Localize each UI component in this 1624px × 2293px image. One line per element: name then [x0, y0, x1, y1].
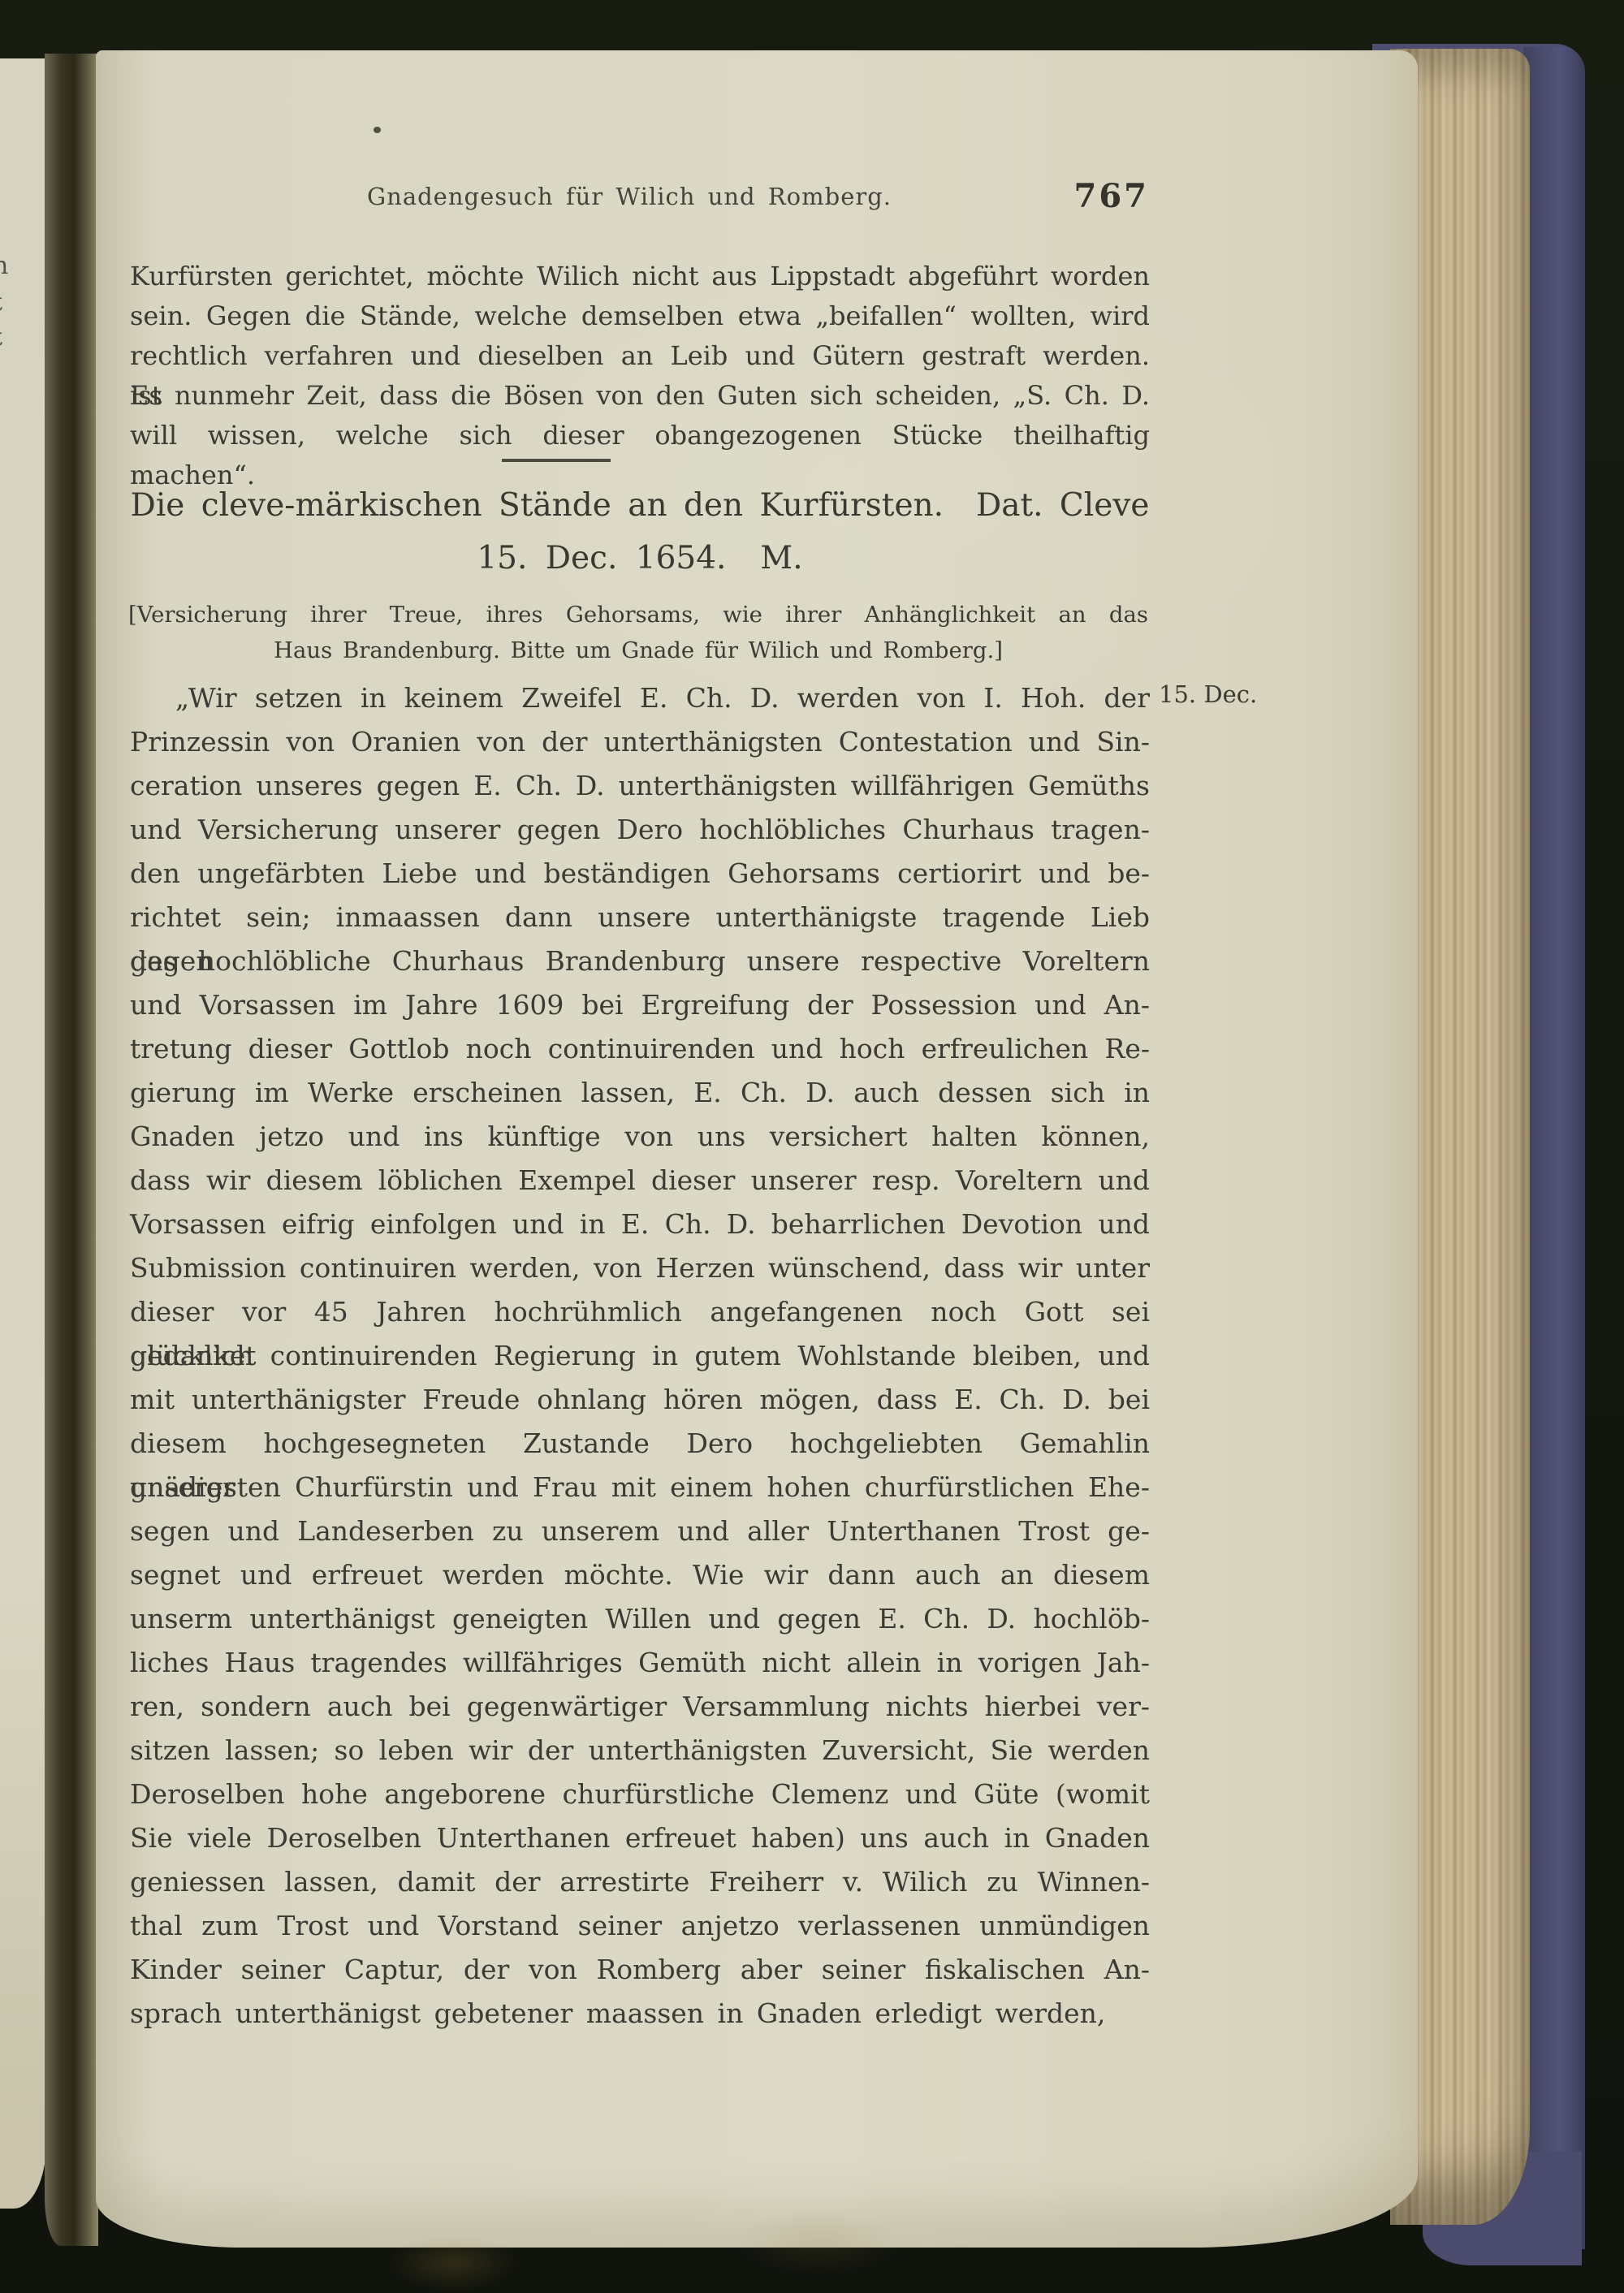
book-scan: n t t . , Gnadengesuch für Wilich und Ro… [0, 0, 1624, 2293]
text-line: tretung dieser Gottlob noch continuirend… [130, 1027, 1150, 1071]
page-number: 767 [1007, 177, 1149, 215]
text-line: diesem hochgesegneten Zustande Dero hoch… [130, 1422, 1150, 1466]
text-line: Kinder seiner Captur, der von Romberg ab… [130, 1948, 1150, 1992]
text-line: richtet sein; inmaassen dann unsere unte… [130, 896, 1150, 939]
facing-page-text-fragment: t [0, 288, 22, 317]
margin-date-note: 15. Dec. [1159, 680, 1281, 708]
facing-page-sliver: n t t . , [0, 58, 46, 2209]
facing-page-text-fragment: n [0, 252, 22, 280]
facing-page-text-fragment: t [0, 323, 22, 352]
text-line: glücklich continuirenden Regierung in gu… [130, 1334, 1150, 1378]
text-line: segnet und erfreuet werden möchte. Wie w… [130, 1553, 1150, 1597]
text-line: thal zum Trost und Vorstand seiner anjet… [130, 1904, 1150, 1948]
text-line: Prinzessin von Oranien von der unterthän… [130, 720, 1150, 764]
text-line: den ungefärbten Liebe und beständigen Ge… [130, 852, 1150, 896]
text-line: sprach unterthänigst gebetener maassen i… [130, 1992, 1150, 2036]
document-body: „Wir setzen in keinem Zweifel E. Ch. D. … [130, 676, 1150, 2036]
text-line: und Versicherung unserer gegen Dero hoch… [130, 808, 1150, 852]
text-line: Deroselben hohe angeborene churfürstlich… [130, 1773, 1150, 1816]
text-line: unserm unterthänigst geneigten Willen un… [130, 1597, 1150, 1641]
binding-cloth-right [1523, 47, 1585, 2249]
section-divider-rule [502, 459, 611, 462]
text-line: gnädigsten Churfürstin und Frau mit eine… [130, 1466, 1150, 1509]
text-line: Submission continuiren werden, von Herze… [130, 1246, 1150, 1290]
text-line: das hochlöbliche Churhaus Brandenburg un… [130, 939, 1150, 983]
document-heading-line2: 15. Dec. 1654. M. [122, 540, 1158, 576]
text-line: [Versicherung ihrer Treue, ihres Gehorsa… [128, 597, 1148, 633]
text-line: ceration unseres gegen E. Ch. D. unterth… [130, 764, 1150, 808]
text-line: segen und Landeserben zu unserem und all… [130, 1509, 1150, 1553]
text-line: liches Haus tragendes willfähriges Gemüt… [130, 1641, 1150, 1685]
paper-stain [737, 2210, 900, 2275]
text-line: ist nunmehr Zeit, dass die Bösen von den… [130, 376, 1150, 416]
text-line: rechtlich verfahren und dieselben an Lei… [130, 336, 1150, 376]
previous-document-closing-paragraph: Kurfürsten gerichtet, möchte Wilich nich… [130, 257, 1150, 456]
text-line: sein. Gegen die Stände, welche demselben… [130, 296, 1150, 336]
text-line: Sie viele Deroselben Unterthanen erfreue… [130, 1816, 1150, 1860]
text-line: sitzen lassen; so leben wir der unterthä… [130, 1729, 1150, 1773]
document-heading-line1: Die cleve-märkischen Stände an den Kurfü… [122, 487, 1158, 524]
ink-speck [374, 127, 381, 133]
paper-stain [388, 2235, 518, 2291]
text-line: Kurfürsten gerichtet, möchte Wilich nich… [130, 257, 1150, 296]
text-line: und Vorsassen im Jahre 1609 bei Ergreifu… [130, 983, 1150, 1027]
text-line: gierung im Werke erscheinen lassen, E. C… [130, 1071, 1150, 1115]
text-line: dass wir diesem löblichen Exempel dieser… [130, 1159, 1150, 1203]
text-line: dieser vor 45 Jahren hochrühmlich angefa… [130, 1290, 1150, 1334]
text-line: ren, sondern auch bei gegenwärtiger Vers… [130, 1685, 1150, 1729]
facing-page-text-fragment: . [0, 887, 22, 915]
text-line: Gnaden jetzo und ins künftige von uns ve… [130, 1115, 1150, 1159]
facing-page-text-fragment: , [0, 1234, 22, 1263]
text-line: mit unterthänigster Freude ohnlang hören… [130, 1378, 1150, 1422]
text-line: will wissen, welche sich dieser obangezo… [130, 416, 1150, 456]
text-line: geniessen lassen, damit der arrestirte F… [130, 1860, 1150, 1904]
text-line: „Wir setzen in keinem Zweifel E. Ch. D. … [130, 676, 1150, 720]
gutter-shadow [45, 54, 98, 2246]
text-line: Vorsassen eifrig einfolgen und in E. Ch.… [130, 1203, 1150, 1246]
running-head: Gnadengesuch für Wilich und Romberg. [244, 183, 1015, 210]
editorial-summary: [Versicherung ihrer Treue, ihres Gehorsa… [128, 597, 1148, 668]
text-line: Haus Brandenburg. Bitte um Gnade für Wil… [128, 633, 1148, 668]
